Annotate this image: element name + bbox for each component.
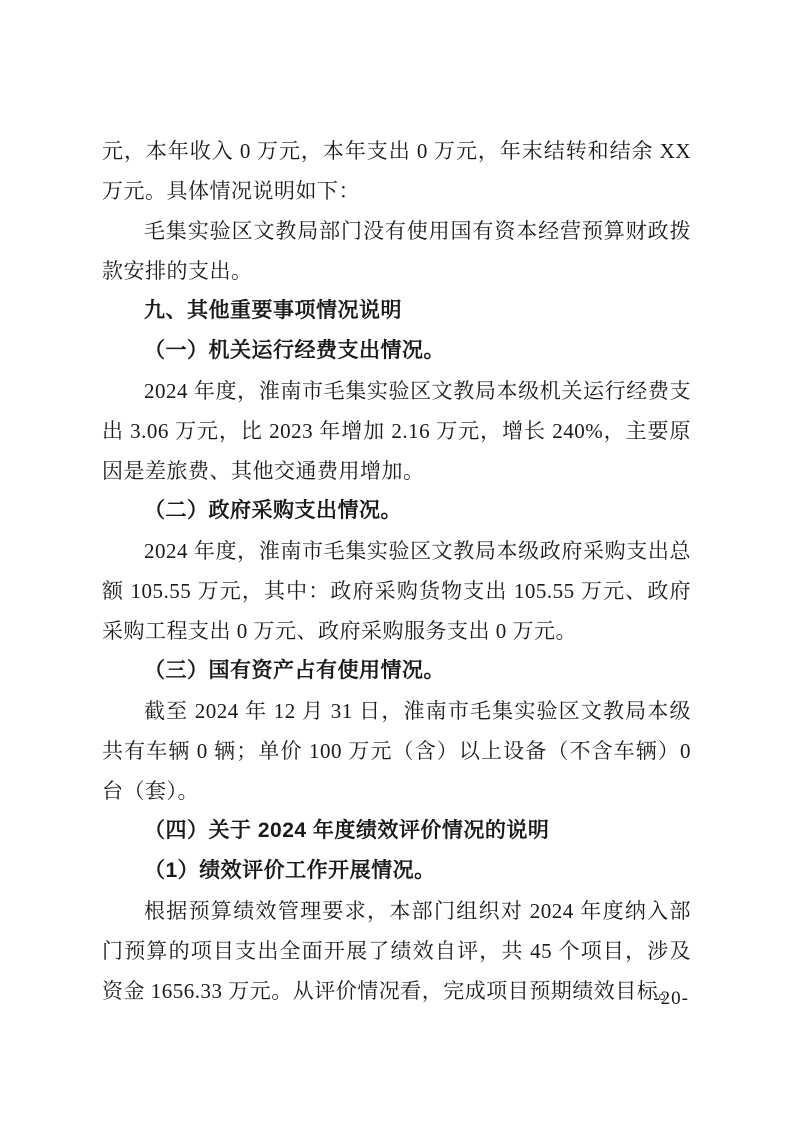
paragraph: 截至 2024 年 12 月 31 日，淮南市毛集实验区文教局本级共有车辆 0 … <box>102 691 691 811</box>
subsection-heading-3: （三）国有资产占有使用情况。 <box>102 651 691 691</box>
sub-subsection-heading-1: （1）绩效评价工作开展情况。 <box>102 851 691 891</box>
document-page: 元，本年收入 0 万元，本年支出 0 万元，年末结转和结余 XX 万元。具体情况… <box>0 0 793 1122</box>
subsection-heading-1: （一）机关运行经费支出情况。 <box>102 331 691 371</box>
paragraph: 根据预算绩效管理要求，本部门组织对 2024 年度纳入部门预算的项目支出全面开展… <box>102 891 691 1011</box>
page-number: -20- <box>653 988 689 1010</box>
document-body: 元，本年收入 0 万元，本年支出 0 万元，年末结转和结余 XX 万元。具体情况… <box>102 131 691 1011</box>
paragraph: 2024 年度，淮南市毛集实验区文教局本级政府采购支出总额 105.55 万元，… <box>102 531 691 651</box>
section-heading-nine: 九、其他重要事项情况说明 <box>102 291 691 331</box>
paragraph: 2024 年度，淮南市毛集实验区文教局本级机关运行经费支出 3.06 万元，比 … <box>102 371 691 491</box>
subsection-heading-2: （二）政府采购支出情况。 <box>102 491 691 531</box>
subsection-heading-4: （四）关于 2024 年度绩效评价情况的说明 <box>102 811 691 851</box>
paragraph: 毛集实验区文教局部门没有使用国有资本经营预算财政拨款安排的支出。 <box>102 211 691 291</box>
paragraph-continuation: 元，本年收入 0 万元，本年支出 0 万元，年末结转和结余 XX 万元。具体情况… <box>102 131 691 211</box>
